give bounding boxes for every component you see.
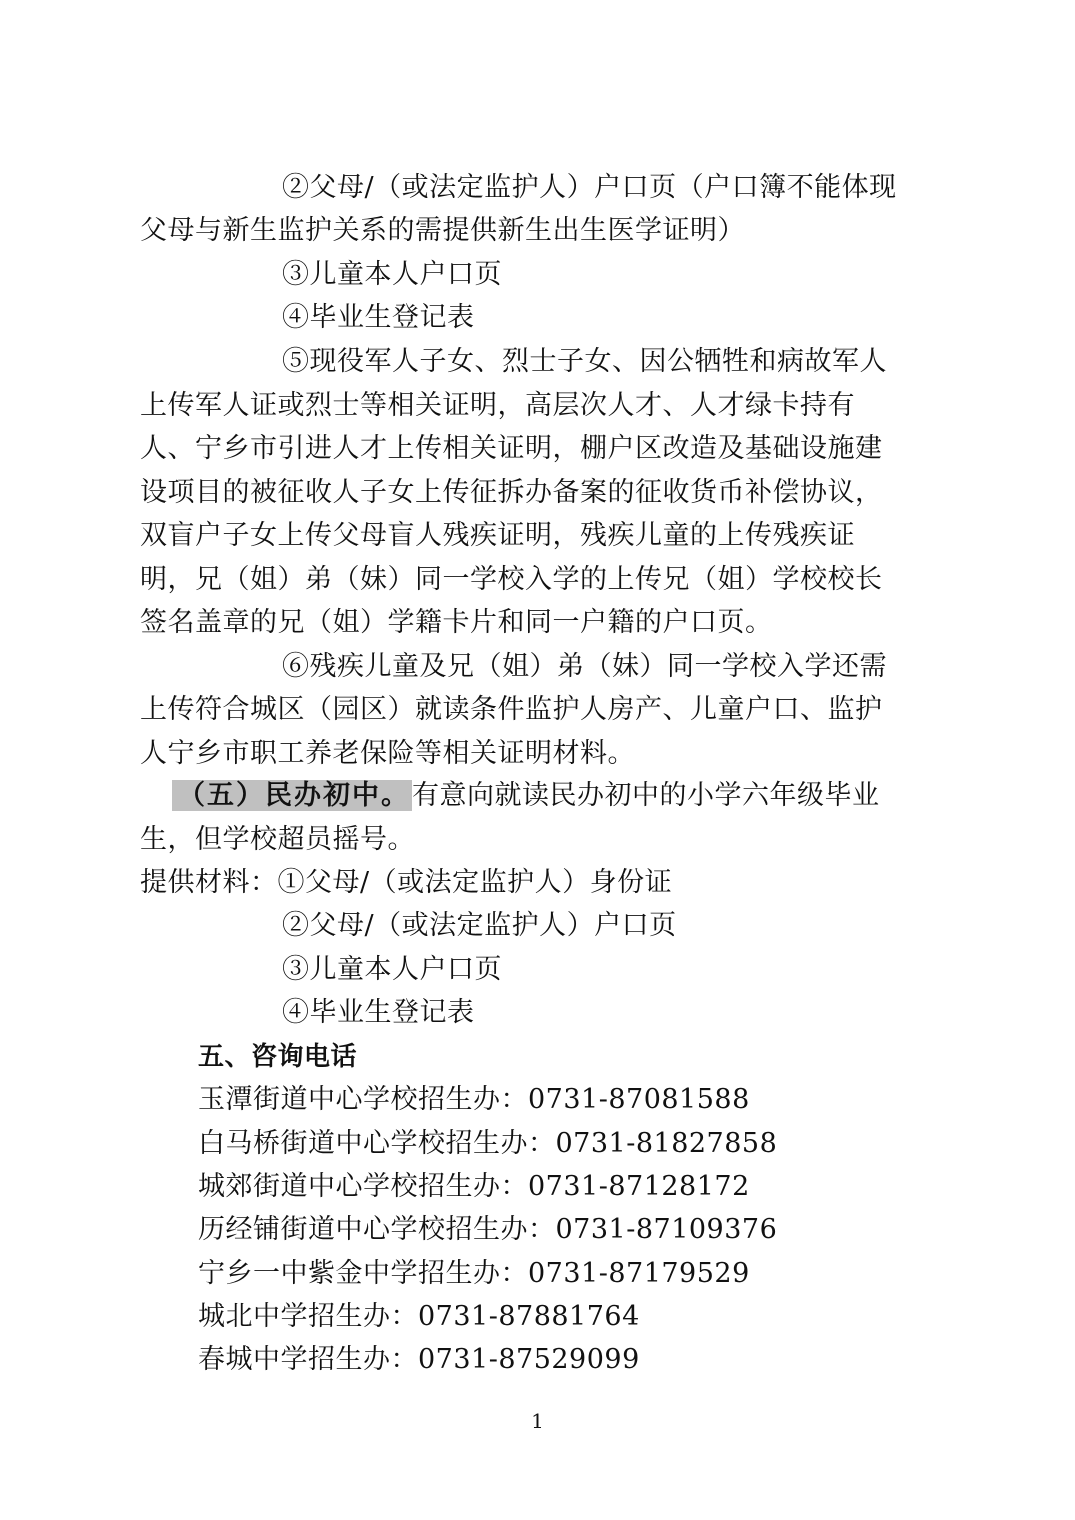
text-line: 上传符合城区（园区）就读条件监护人房产、儿童户口、监护 bbox=[140, 688, 883, 732]
text-line: 上传军人证或烈士等相关证明，高层次人才、人才绿卡持有 bbox=[140, 384, 855, 428]
material-item: ④毕业生登记表 bbox=[282, 991, 475, 1035]
phone-number: 0731-87881764 bbox=[418, 1301, 640, 1332]
consult-entry: 历经铺街道中心学校招生办：0731-87109376 bbox=[198, 1208, 777, 1252]
consult-entry: 宁乡一中紫金中学招生办：0731-87179529 bbox=[198, 1252, 750, 1296]
section-five-text: 有意向就读民办初中的小学六年级毕业 bbox=[412, 780, 880, 811]
office-name: 城郊街道中心学校招生办： bbox=[198, 1171, 528, 1202]
consult-entry: 城北中学招生办：0731-87881764 bbox=[198, 1295, 640, 1339]
text-line: 人宁乡市职工养老保险等相关证明材料。 bbox=[140, 732, 635, 776]
office-name: 玉潭街道中心学校招生办： bbox=[198, 1084, 528, 1115]
consult-entry: 白马桥街道中心学校招生办：0731-81827858 bbox=[198, 1122, 777, 1166]
office-name: 历经铺街道中心学校招生办： bbox=[198, 1214, 556, 1245]
section-five-paragraph: （五）民办初中。有意向就读民办初中的小学六年级毕业 bbox=[172, 774, 880, 818]
materials-label: 提供材料： bbox=[140, 867, 278, 898]
consult-entry: 城郊街道中心学校招生办：0731-87128172 bbox=[198, 1165, 750, 1209]
document-page: ②父母/（或法定监护人）户口页（户口簿不能体现 父母与新生监护关系的需提供新生出… bbox=[0, 0, 1075, 1520]
consult-entry: 春城中学招生办：0731-87529099 bbox=[198, 1338, 640, 1382]
text-line: ⑤现役军人子女、烈士子女、因公牺牲和病故军人 bbox=[282, 340, 887, 384]
material-item: ②父母/（或法定监护人）户口页 bbox=[282, 904, 677, 948]
text-line: ④毕业生登记表 bbox=[282, 296, 475, 340]
phone-number: 0731-87529099 bbox=[418, 1344, 640, 1375]
phone-number: 0731-87128172 bbox=[528, 1171, 750, 1202]
phone-number: 0731-87179529 bbox=[528, 1258, 750, 1289]
office-name: 白马桥街道中心学校招生办： bbox=[198, 1128, 556, 1159]
office-name: 宁乡一中紫金中学招生办： bbox=[198, 1258, 528, 1289]
consult-entry: 玉潭街道中心学校招生办：0731-87081588 bbox=[198, 1078, 750, 1122]
section-heading-highlight: （五）民办初中。 bbox=[172, 780, 412, 811]
text-line: ②父母/（或法定监护人）户口页（户口簿不能体现 bbox=[282, 166, 897, 210]
material-item: ③儿童本人户口页 bbox=[282, 948, 502, 992]
page-number: 1 bbox=[0, 1407, 1075, 1435]
text-line: 人、宁乡市引进人才上传相关证明，棚户区改造及基础设施建 bbox=[140, 427, 883, 471]
office-name: 城北中学招生办： bbox=[198, 1301, 418, 1332]
office-name: 春城中学招生办： bbox=[198, 1344, 418, 1375]
text-line: 双盲户子女上传父母盲人残疾证明，残疾儿童的上传残疾证 bbox=[140, 514, 855, 558]
phone-number: 0731-87081588 bbox=[528, 1084, 750, 1115]
materials-line: 提供材料：①父母/（或法定监护人）身份证 bbox=[140, 861, 672, 905]
text-line: 生，但学校超员摇号。 bbox=[140, 818, 415, 862]
text-line: 明，兄（姐）弟（妹）同一学校入学的上传兄（姐）学校校长 bbox=[140, 558, 883, 602]
material-item: ①父母/（或法定监护人）身份证 bbox=[278, 867, 673, 898]
text-line: 父母与新生监护关系的需提供新生出生医学证明） bbox=[140, 209, 745, 253]
text-line: ⑥残疾儿童及兄（姐）弟（妹）同一学校入学还需 bbox=[282, 645, 887, 689]
phone-number: 0731-81827858 bbox=[556, 1128, 778, 1159]
phone-number: 0731-87109376 bbox=[556, 1214, 778, 1245]
text-line: ③儿童本人户口页 bbox=[282, 253, 502, 297]
consult-heading: 五、咨询电话 bbox=[198, 1035, 357, 1079]
text-line: 设项目的被征收人子女上传征拆办备案的征收货币补偿协议， bbox=[140, 471, 883, 515]
text-line: 签名盖章的兄（姐）学籍卡片和同一户籍的户口页。 bbox=[140, 601, 773, 645]
